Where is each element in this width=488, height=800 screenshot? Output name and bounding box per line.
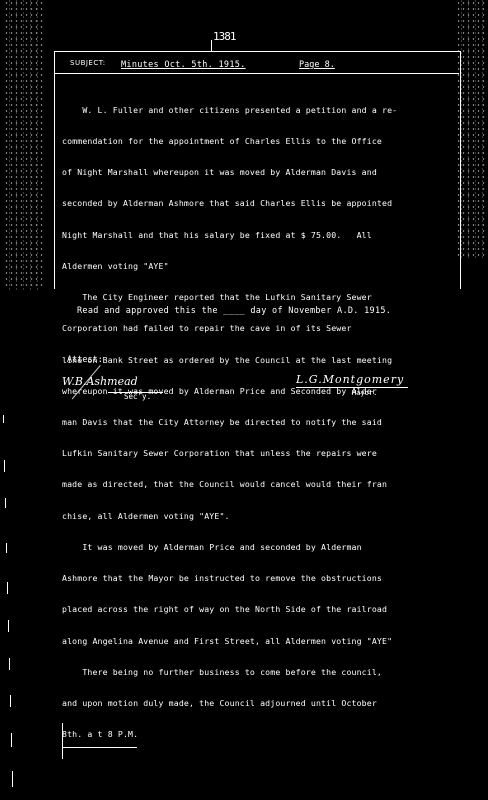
body-line: It was moved by Alderman Price and secon… (62, 542, 452, 552)
body-line: Corporation had failed to repair the cav… (62, 323, 452, 333)
mayor-signature-line (296, 387, 408, 388)
scan-corner-mark (62, 723, 63, 759)
approval-line: Read and approved this the ____ day of N… (77, 306, 391, 316)
secretary-title: Sec'y. (124, 392, 151, 401)
body-line: man Davis that the City Attorney be dire… (62, 417, 452, 427)
body-line: seconded by Alderman Ashmore that said C… (62, 198, 452, 208)
body-line: along Angelina Avenue and First Street, … (62, 636, 452, 646)
body-line: and upon motion duly made, the Council a… (62, 698, 452, 708)
body-line: 8th. a t 8 P.M. (62, 729, 452, 739)
scan-bottom-line (62, 747, 137, 748)
minutes-body: W. L. Fuller and other citizens presente… (62, 84, 452, 750)
subject-row: SUBJECT: Minutes Oct. 5th. 1915. Page 8. (54, 51, 459, 74)
scan-noise-left (4, 0, 44, 290)
attest-label: Attest: (67, 355, 103, 365)
body-line: made as directed, that the Council would… (62, 479, 452, 489)
body-line: There being no further business to come … (62, 667, 452, 677)
body-line: Aldermen voting "AYE" (62, 261, 452, 271)
body-line: W. L. Fuller and other citizens presente… (62, 105, 452, 115)
body-line: chise, all Aldermen voting "AYE". (62, 511, 452, 521)
page-number: Page 8. (299, 60, 335, 70)
page-stamp: 1381 (213, 30, 236, 43)
mayor-title: Mayor. (352, 389, 377, 397)
body-line: Lufkin Sanitary Sewer Corporation that u… (62, 448, 452, 458)
body-line: The City Engineer reported that the Lufk… (62, 292, 452, 302)
scan-edge-marks (3, 410, 13, 800)
subject-value: Minutes Oct. 5th. 1915. (121, 60, 246, 70)
subject-label: SUBJECT: (70, 59, 106, 67)
body-line: Ashmore that the Mayor be instructed to … (62, 573, 452, 583)
body-line: placed across the right of way on the No… (62, 604, 452, 614)
body-line: of Night Marshall whereupon it was moved… (62, 167, 452, 177)
body-line: commendation for the appointment of Char… (62, 136, 452, 146)
body-line: Night Marshall and that his salary be fi… (62, 230, 452, 240)
body-line: line on Bank Street as ordered by the Co… (62, 355, 452, 365)
secretary-signature: W.B.Ashmead (62, 375, 122, 391)
